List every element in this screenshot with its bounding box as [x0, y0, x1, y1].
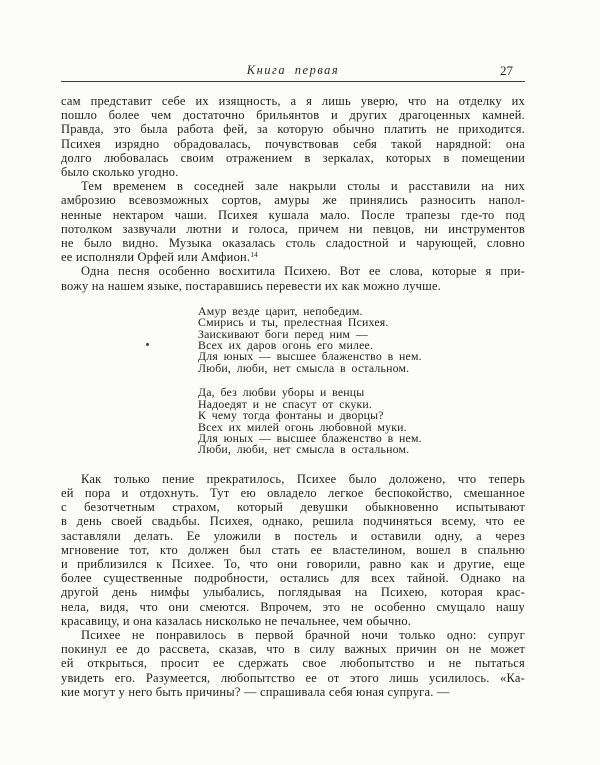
text-body: сам представит себе их изящность, а я ли…: [61, 94, 525, 699]
text-line: Одна песня особенно восхитила Психею. Во…: [61, 264, 525, 278]
text-line: заставляли делать. Ее уложили в постель …: [61, 529, 525, 543]
text-line: ненные нектаром чаши. Психея кушала мало…: [61, 208, 525, 222]
text-line: вожу на нашем языке, постаравшись переве…: [61, 279, 525, 293]
paragraph: сам представит себе их изящность, а я ли…: [61, 94, 525, 179]
text-line: долго любовалась своим отражением в зерк…: [61, 151, 525, 165]
text-line: пошло более чем достаточно брильянтов и …: [61, 108, 525, 122]
book-page: Книга первая 27 сам представит себе их и…: [0, 0, 600, 765]
text-line: ей открыться, просит ее сдержать свое лю…: [61, 656, 525, 670]
text-line: потолком зазвучали лютни и голоса, приче…: [61, 222, 525, 236]
text-line: амброзию всевозможных сортов, амуры же п…: [61, 193, 525, 207]
text-line: сам представит себе их изящность, а я ли…: [61, 94, 525, 108]
footnote-reference: 14: [250, 250, 258, 259]
page-number: 27: [500, 62, 513, 79]
text-line: мгновение тот, кто должен был стать ее в…: [61, 543, 525, 557]
text-line: Правда, это была работа фей, за которую …: [61, 122, 525, 136]
header-rule: [61, 81, 525, 82]
verse-stanza: Да, без любви уборы и венцыНадоедят и не…: [198, 387, 525, 455]
text-line: Люби, люби, нет смысла в остальном.: [198, 444, 525, 455]
text-line: Тем временем в соседней зале накрыли сто…: [61, 179, 525, 193]
paragraph: Как только пение прекратилось, Психее бы…: [61, 472, 525, 628]
running-header: Книга первая 27: [61, 62, 525, 79]
text-line: более существенные подробности, остались…: [61, 571, 525, 585]
text-line: в день своей свадьбы. Психея, однако, ре…: [61, 514, 525, 528]
text-line: с безотчетным страхом, который девушки о…: [61, 500, 525, 514]
text-line: ее исполняли Орфей или Амфион.14: [61, 250, 525, 264]
paragraph: Одна песня особенно восхитила Психею. Во…: [61, 264, 525, 292]
text-line: ей пора и отдохнуть. Тут ею овладело лег…: [61, 486, 525, 500]
text-line: Люби, люби, нет смысла в остальном.: [198, 363, 525, 374]
paragraph: Тем временем в соседней зале накрыли сто…: [61, 179, 525, 264]
text-line: не было видно. Музыка оказалась столь сл…: [61, 236, 525, 250]
text-line: покинул ее до рассвета, сказав, что в си…: [61, 642, 525, 656]
text-line: и приблизился к Психее. То, что они гово…: [61, 557, 525, 571]
verse-stanza: Амур везде царит, непобедим.Смирись и ты…: [198, 306, 525, 374]
text-line: красавицу, и она казалась нисколько не п…: [61, 614, 525, 628]
text-line: Психея изрядно обрадовалась, почувствова…: [61, 137, 525, 151]
text-line: нела, видя, что они смеются. Впрочем, эт…: [61, 600, 525, 614]
text-line: Психее не понравилось в первой брачной н…: [61, 628, 525, 642]
running-title: Книга первая: [61, 62, 525, 79]
text-line: увидеть его. Разумеется, любопытство ее …: [61, 671, 525, 685]
paragraph: Психее не понравилось в первой брачной н…: [61, 628, 525, 699]
text-line: Как только пение прекратилось, Психее бы…: [61, 472, 525, 486]
text-line: кие могут у него быть причины? — спрашив…: [61, 685, 525, 699]
text-line: было сколько угодно.: [61, 165, 525, 179]
text-line: другой день нимфы улыбались, поглядывая …: [61, 585, 525, 599]
